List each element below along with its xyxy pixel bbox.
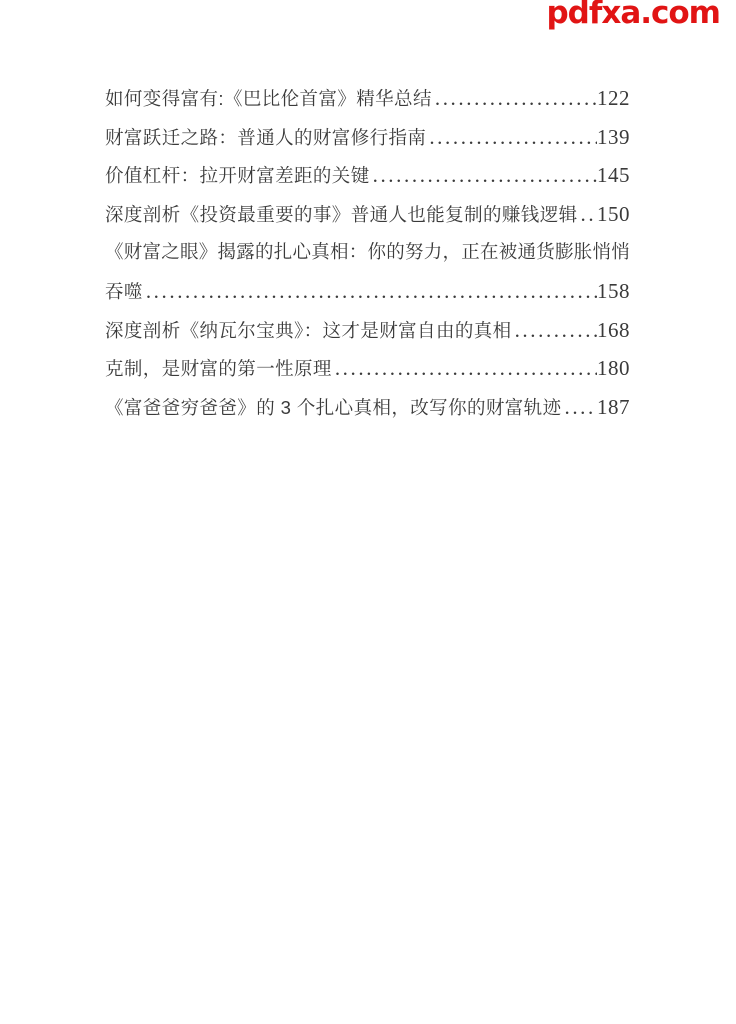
toc-entry-title: 《财富之眼》揭露的扎心真相：你的努力，正在被通货膨胀悄悄 [105,233,630,272]
dot-leader: ........................................… [426,118,597,157]
toc-entry-page: 122 [597,79,630,118]
toc-entry-page: 145 [597,156,630,195]
toc-entry-page: 168 [597,311,630,350]
toc-entry-title: 深度剖析《投资最重要的事》普通人也能复制的赚钱逻辑 [105,196,578,235]
toc-entry-page: 150 [597,195,630,234]
dot-leader: ........................................… [561,388,597,427]
dot-leader: ........................................… [332,349,597,388]
toc-entry-title: 财富跃迁之路：普通人的财富修行指南 [105,119,426,158]
toc-entry-page: 158 [597,272,630,311]
dot-leader: ........................................… [432,79,597,118]
document-page: pdfxa.com 如何变得富有:《巴比伦首富》精华总结 ...........… [0,0,736,1024]
watermark-pdfxa: pdfxa.com [546,0,720,31]
dot-leader: ........................................… [143,272,597,311]
toc-entry-title: 吞噬 [105,273,143,312]
dot-leader: ........................................… [578,195,597,234]
toc-entry[interactable]: 《富爸爸穷爸爸》的 3 个扎心真相，改写你的财富轨迹 .............… [105,388,630,427]
toc-entry-page: 139 [597,118,630,157]
toc-entry[interactable]: 价值杠杆：拉开财富差距的关键 .........................… [105,156,630,195]
toc-entry-title: 如何变得富有:《巴比伦首富》精华总结 [105,80,432,119]
toc-entry[interactable]: 深度剖析《投资最重要的事》普通人也能复制的赚钱逻辑 ..............… [105,195,630,234]
toc-entry-page: 187 [597,388,630,427]
toc-entry[interactable]: 深度剖析《纳瓦尔宝典》：这才是财富自由的真相 .................… [105,311,630,350]
toc-entry-title: 克制，是财富的第一性原理 [105,350,332,389]
dot-leader: ........................................… [512,311,597,350]
toc-entry-title: 《富爸爸穷爸爸》的 3 个扎心真相，改写你的财富轨迹 [105,389,561,428]
dot-leader: ........................................… [370,156,597,195]
toc-entry[interactable]: 《财富之眼》揭露的扎心真相：你的努力，正在被通货膨胀悄悄 [105,233,630,272]
toc-entry[interactable]: 财富跃迁之路：普通人的财富修行指南 ......................… [105,118,630,157]
toc-entry[interactable]: 如何变得富有:《巴比伦首富》精华总结 .....................… [105,79,630,118]
toc-entry[interactable]: 克制，是财富的第一性原理 ...........................… [105,349,630,388]
toc-entry-title: 价值杠杆：拉开财富差距的关键 [105,157,370,196]
toc-entry-title: 深度剖析《纳瓦尔宝典》：这才是财富自由的真相 [105,312,512,351]
toc-entry[interactable]: 吞噬 .....................................… [105,272,630,311]
table-of-contents: 如何变得富有:《巴比伦首富》精华总结 .....................… [105,79,630,426]
toc-entry-page: 180 [597,349,630,388]
